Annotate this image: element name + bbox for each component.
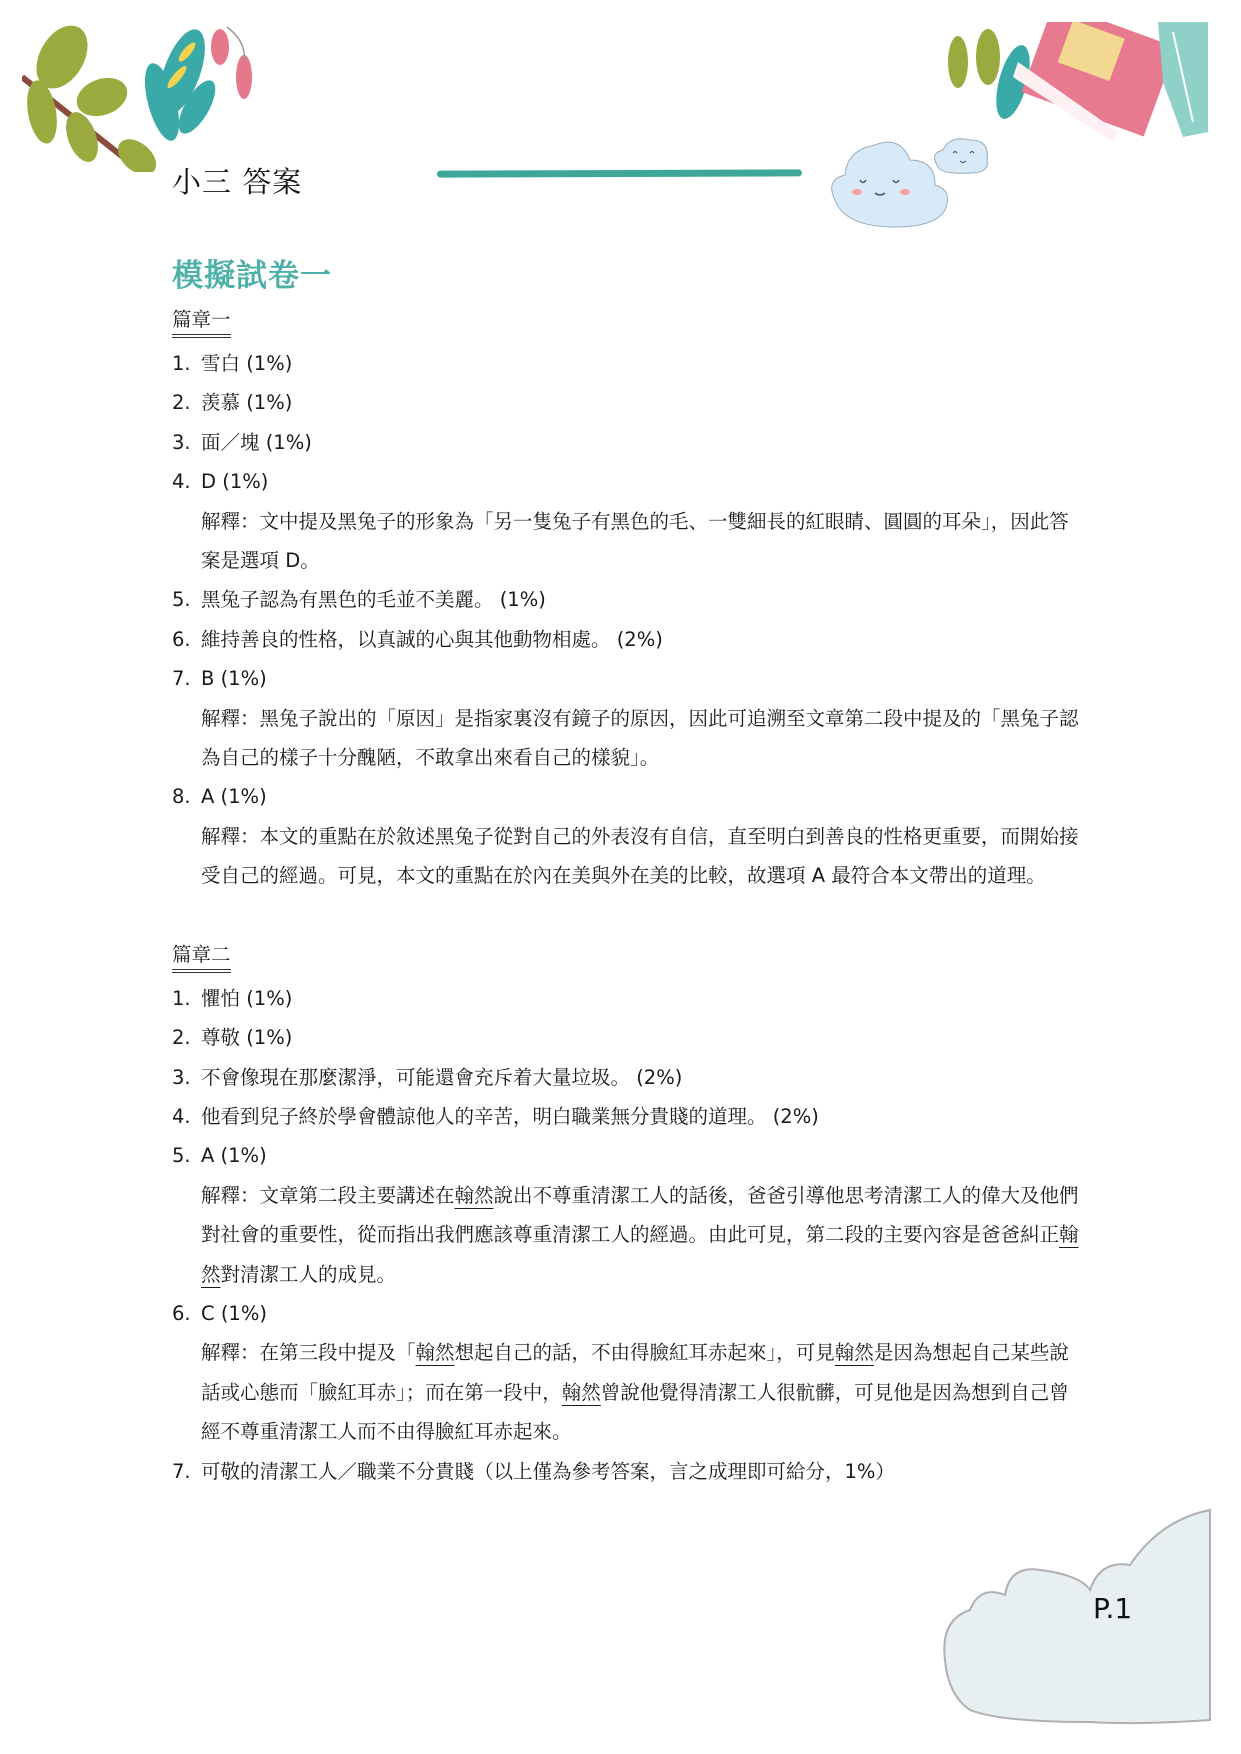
answer-item: 5.黑兔子認為有黑色的毛並不美麗。 (1%) — [172, 580, 1082, 619]
chapter-1: 篇章一 1.雪白 (1%) 2.羡慕 (1%) 3.面／塊 (1%) 4.D (… — [172, 300, 1082, 896]
leaves-decoration-left — [22, 22, 262, 172]
answer-content: 篇章一 1.雪白 (1%) 2.羡慕 (1%) 3.面／塊 (1%) 4.D (… — [172, 300, 1082, 1491]
proper-noun-underline: 翰然 — [455, 1184, 494, 1207]
answer-item: 4.D (1%) — [172, 462, 1082, 501]
answer-item: 3.不會像現在那麼潔淨，可能還會充斥着大量垃圾。 (2%) — [172, 1058, 1082, 1097]
answer-item: 6.C (1%) — [172, 1294, 1082, 1333]
explanation: 解釋：文章第二段主要講述在翰然說出不尊重清潔工人的話後，爸爸引導他思考清潔工人的… — [172, 1176, 1082, 1294]
answer-item: 2.尊敬 (1%) — [172, 1018, 1082, 1057]
explanation: 解釋：文中提及黑兔子的形象為「另一隻兔子有黑色的毛、一雙細長的紅眼睛、圓圓的耳朵… — [172, 502, 1082, 581]
answer-item: 7.可敬的清潔工人／職業不分貴賤（以上僅為參考答案，言之成理即可給分，1%） — [172, 1452, 1082, 1491]
chapter-title: 篇章一 — [172, 306, 231, 338]
chapter-2: 篇章二 1.懼怕 (1%) 2.尊敬 (1%) 3.不會像現在那麼潔淨，可能還會… — [172, 935, 1082, 1491]
explanation: 解釋：本文的重點在於敘述黑兔子從對自己的外表沒有自信，直至明白到善良的性格更重要… — [172, 817, 1082, 896]
answer-item: 1.雪白 (1%) — [172, 344, 1082, 383]
chapter-title: 篇章二 — [172, 941, 231, 973]
section-heading: 模擬試卷一 — [172, 250, 332, 295]
page-cloud-decoration — [940, 1500, 1241, 1730]
answer-item: 5.A (1%) — [172, 1136, 1082, 1175]
page-title: 小三 答案 — [172, 160, 302, 201]
page-number: P.1 — [1093, 1592, 1132, 1625]
answer-item: 6.維持善良的性格，以真誠的心與其他動物相處。 (2%) — [172, 620, 1082, 659]
answer-item: 1.懼怕 (1%) — [172, 979, 1082, 1018]
answer-item: 4.他看到兒子終於學會體諒他人的辛苦，明白職業無分貴賤的道理。 (2%) — [172, 1097, 1082, 1136]
answer-item: 8.A (1%) — [172, 777, 1082, 816]
proper-noun-underline: 翰然 — [835, 1341, 874, 1364]
book-leaves-decoration-right — [938, 22, 1218, 142]
proper-noun-underline: 翰然 — [416, 1341, 455, 1364]
explanation: 解釋：黑兔子說出的「原因」是指家裏沒有鏡子的原因，因此可追溯至文章第二段中提及的… — [172, 699, 1082, 778]
answer-item: 2.羡慕 (1%) — [172, 383, 1082, 422]
cloud-faces-decoration — [825, 125, 995, 235]
title-underline-divider — [437, 169, 802, 177]
answer-item: 7.B (1%) — [172, 659, 1082, 698]
proper-noun-underline: 翰然 — [562, 1381, 601, 1404]
answer-item: 3.面／塊 (1%) — [172, 423, 1082, 462]
explanation: 解釋：在第三段中提及「翰然想起自己的話，不由得臉紅耳赤起來」，可見翰然是因為想起… — [172, 1333, 1082, 1451]
